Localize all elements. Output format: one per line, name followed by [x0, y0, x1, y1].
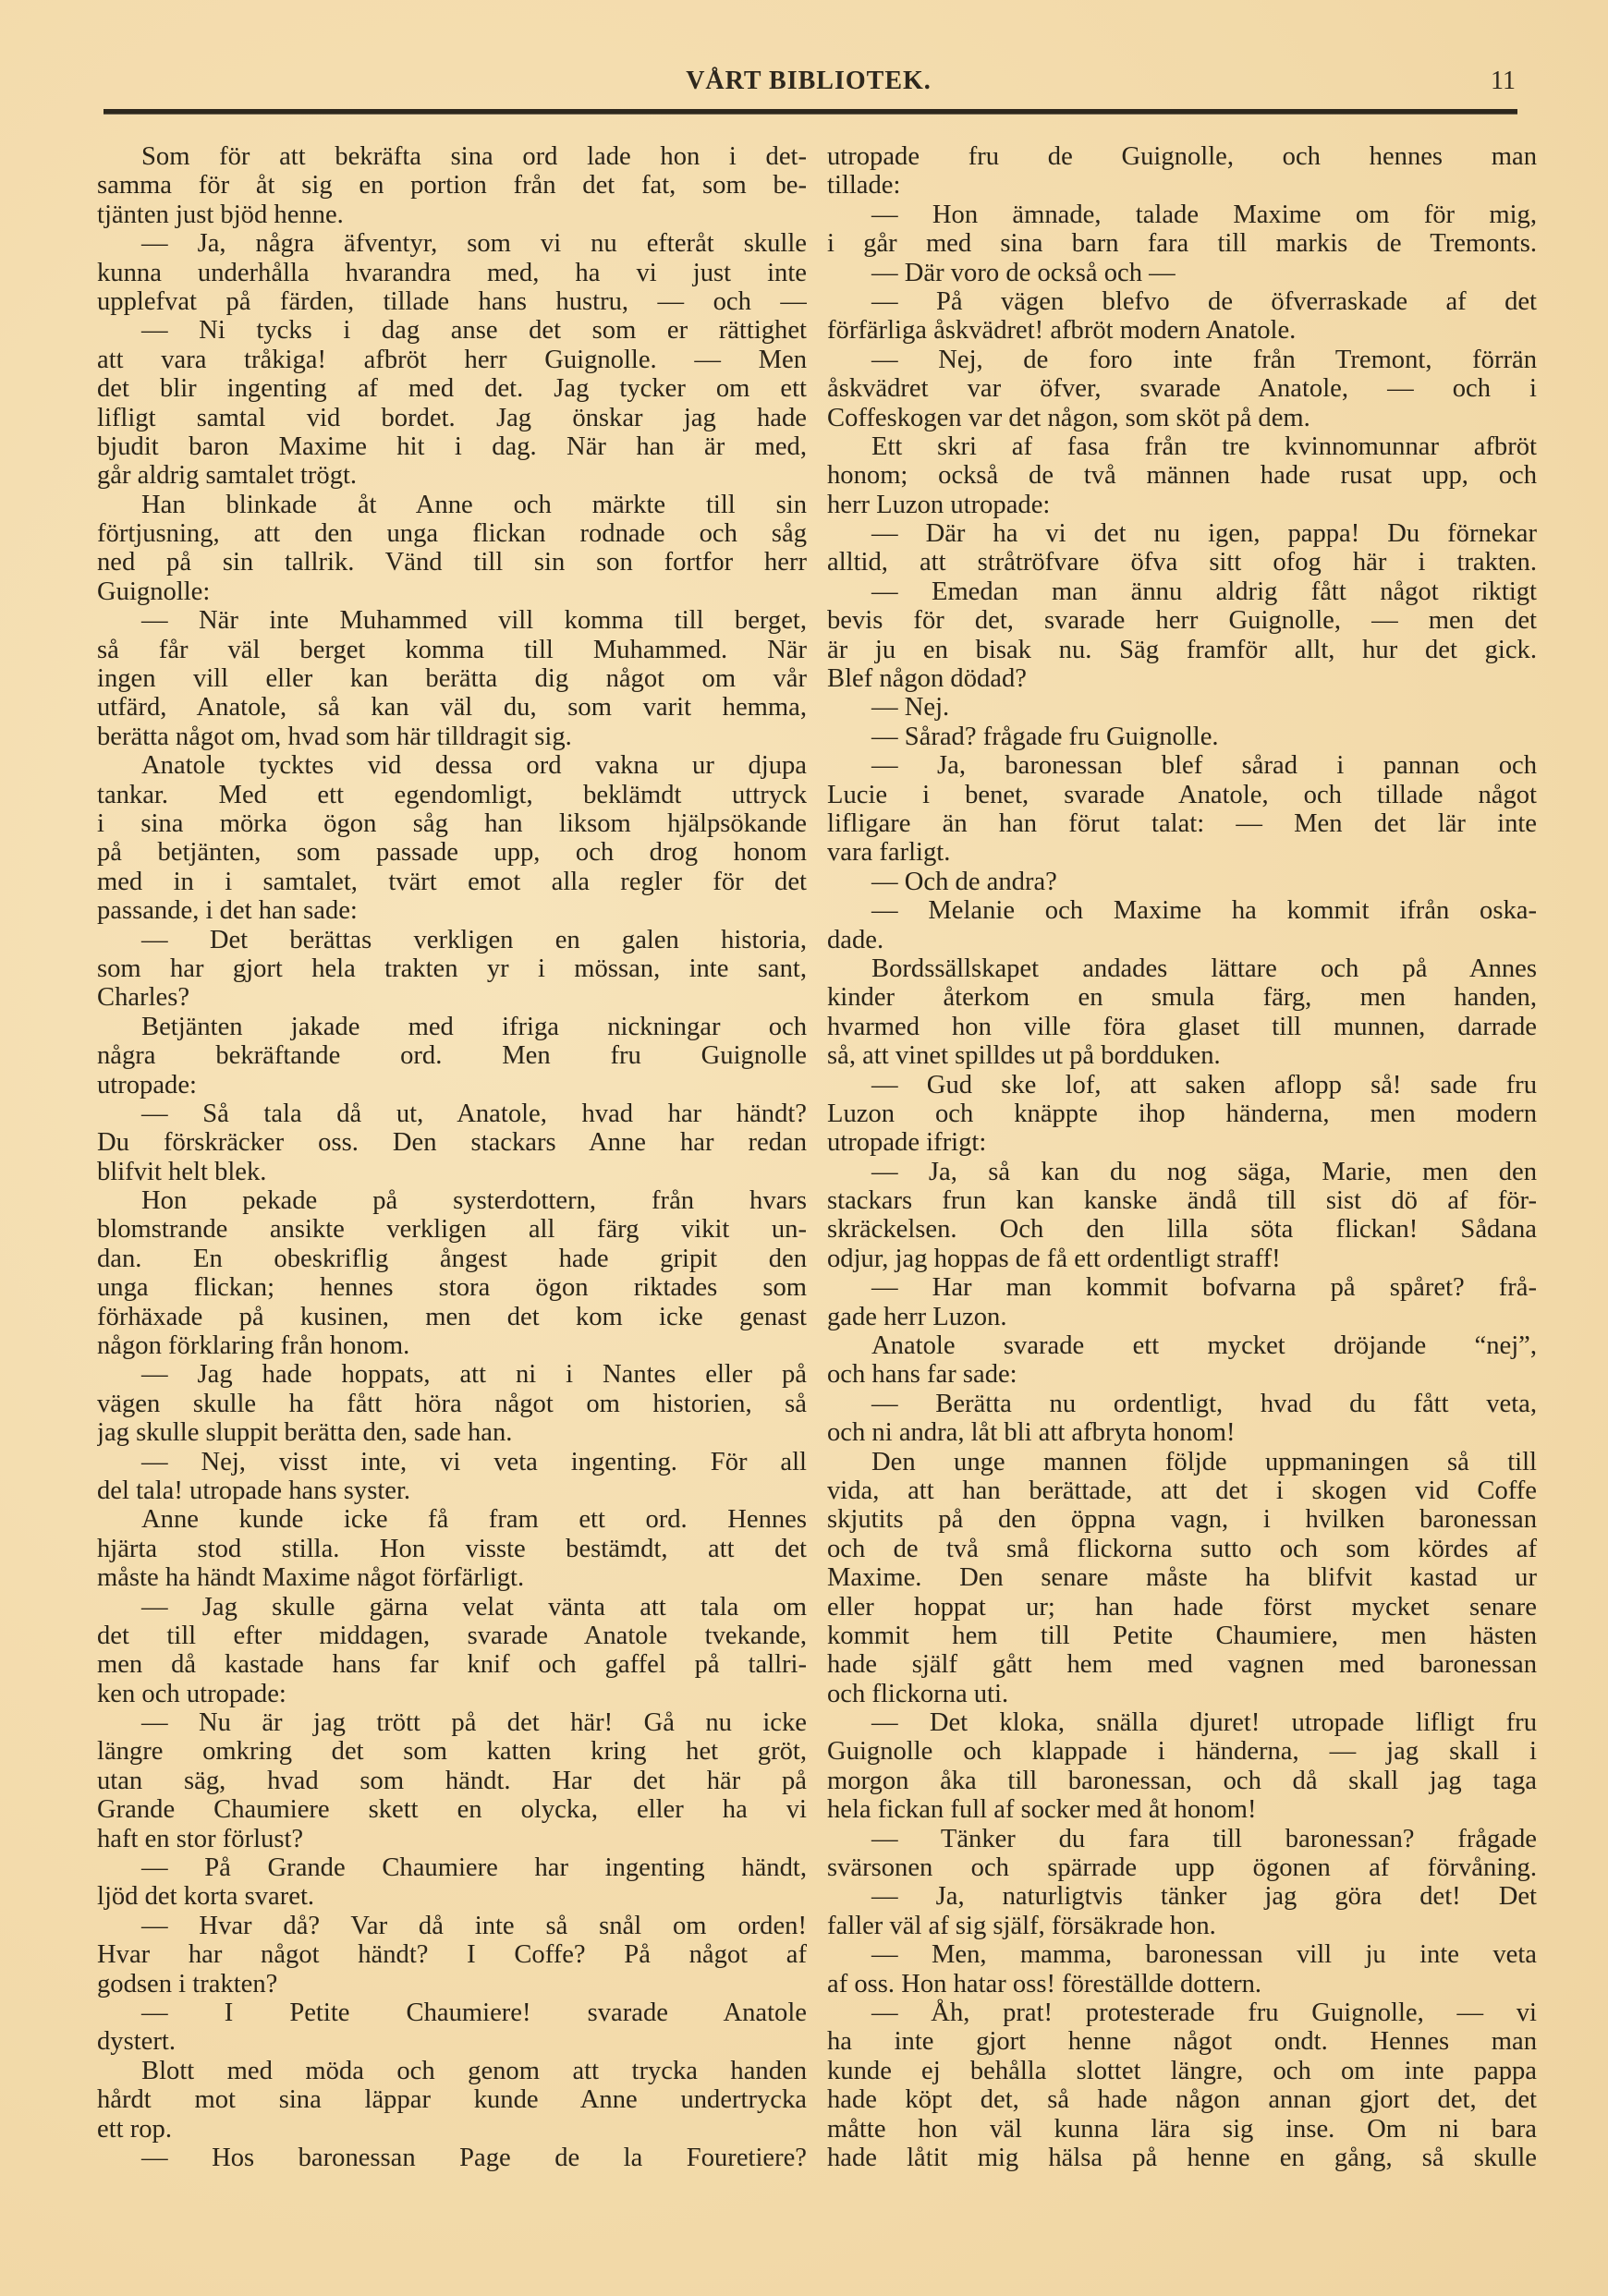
- text-line: blifvit helt blek.: [97, 1158, 807, 1186]
- text-line: Maxime. Den senare måste ha blifvit kast…: [827, 1563, 1537, 1592]
- text-line: någon förklaring från honom.: [97, 1331, 807, 1360]
- text-line: utropade fru de Guignolle, och hennes ma…: [827, 142, 1537, 171]
- page-header: VÅRT BIBLIOTEK. 11: [102, 63, 1516, 103]
- text-line: Anatole tycktes vid dessa ord vakna ur d…: [97, 751, 807, 780]
- text-line: hvarmed hon ville föra glaset till munne…: [827, 1013, 1537, 1041]
- text-line: — I Petite Chaumiere! svarade Anatole: [97, 1998, 807, 2027]
- text-line: Luzon och knäppte ihop händerna, men mod…: [827, 1099, 1537, 1128]
- text-line: eller hoppat ur; han hade först mycket s…: [827, 1593, 1537, 1622]
- text-line: gade herr Luzon.: [827, 1303, 1537, 1331]
- text-line: dan. En obeskriflig ångest hade gripit d…: [97, 1245, 807, 1273]
- text-line: skräckelsen. Och den lilla söta flickan!…: [827, 1215, 1537, 1244]
- text-line: — Ja, baronessan blef sårad i pannan och: [827, 751, 1537, 780]
- text-line: — Ja, så kan du nog säga, Marie, men den: [827, 1158, 1537, 1186]
- text-line: — Ni tycks i dag anse det som er rättigh…: [97, 316, 807, 345]
- text-line: blomstrande ansikte verkligen all färg v…: [97, 1215, 807, 1244]
- text-line: — Det berättas verkligen en galen histor…: [97, 926, 807, 954]
- text-line: åskvädret var öfver, svarade Anatole, — …: [827, 374, 1537, 403]
- text-line: på betjänten, som passade upp, och drog …: [97, 838, 807, 867]
- text-line: Du förskräcker oss. Den stackars Anne ha…: [97, 1128, 807, 1157]
- text-line: Guignolle och klappade i händerna, — jag…: [827, 1737, 1537, 1766]
- text-line: dystert.: [97, 2027, 807, 2056]
- text-line: bevis för det, svarade herr Guignolle, —…: [827, 606, 1537, 635]
- text-line: det blir ingenting af med det. Jag tycke…: [97, 374, 807, 403]
- text-line: ingen vill eller kan berätta dig något o…: [97, 664, 807, 693]
- text-line: — Nej.: [827, 693, 1537, 722]
- text-line: Charles?: [97, 983, 807, 1012]
- text-line: — Berätta nu ordentligt, hvad du fått ve…: [827, 1390, 1537, 1418]
- text-line: unga flickan; hennes stora ögon riktades…: [97, 1273, 807, 1302]
- text-line: och flickorna uti.: [827, 1680, 1537, 1708]
- text-line: — Melanie och Maxime ha kommit ifrån osk…: [827, 896, 1537, 925]
- page-number: 11: [1491, 67, 1516, 96]
- text-line: herr Luzon utropade:: [827, 491, 1537, 519]
- text-line: — Så tala då ut, Anatole, hvad har händt…: [97, 1099, 807, 1128]
- running-title: VÅRT BIBLIOTEK.: [102, 67, 1516, 96]
- text-line: — Nej, de foro inte från Tremont, förrän: [827, 346, 1537, 374]
- text-line: del tala! utropade hans syster.: [97, 1476, 807, 1505]
- text-line: dade.: [827, 926, 1537, 954]
- text-line: det till efter middagen, svarade Anatole…: [97, 1622, 807, 1650]
- text-line: hade köpt det, så hade någon annan gjort…: [827, 2085, 1537, 2114]
- text-line: — Nu är jag trött på det här! Gå nu icke: [97, 1708, 807, 1737]
- text-line: — Sårad? frågade fru Guignolle.: [827, 723, 1537, 751]
- text-line: — Hos baronessan Page de la Fouretiere?: [97, 2144, 807, 2172]
- text-line: förhäxade på kusinen, men det kom icke g…: [97, 1303, 807, 1331]
- text-line: — Där ha vi det nu igen, pappa! Du förne…: [827, 519, 1537, 548]
- text-line: så får väl berget komma till Muhammed. N…: [97, 636, 807, 664]
- text-line: Som för att bekräfta sina ord lade hon i…: [97, 142, 807, 171]
- text-line: passande, i det han sade:: [97, 896, 807, 925]
- text-line: utropade:: [97, 1071, 807, 1099]
- text-line: Grande Chaumiere skett en olycka, eller …: [97, 1795, 807, 1824]
- text-line: — Jag hade hoppats, att ni i Nantes elle…: [97, 1360, 807, 1389]
- text-line: svärsonen och spärrade upp ögonen af för…: [827, 1853, 1537, 1882]
- text-line: honom; också de två männen hade rusat up…: [827, 461, 1537, 490]
- text-line: förfärliga åskvädret! afbröt modern Anat…: [827, 316, 1537, 345]
- text-line: går aldrig samtalet trögt.: [97, 461, 807, 490]
- text-line: hjärta stod stilla. Hon visste bestämdt,…: [97, 1535, 807, 1563]
- text-line: Blott med möda och genom att trycka hand…: [97, 2057, 807, 2085]
- text-line: Coffeskogen var det någon, som sköt på d…: [827, 404, 1537, 432]
- text-line: så, att vinet spilldes ut på bordduken.: [827, 1041, 1537, 1070]
- text-line: och hans far sade:: [827, 1360, 1537, 1389]
- text-line: alltid, att stråtröfvare öfva sitt ofog …: [827, 548, 1537, 577]
- text-line: — Gud ske lof, att saken aflopp så! sade…: [827, 1071, 1537, 1099]
- text-line: Guignolle:: [97, 577, 807, 606]
- text-line: — Och de andra?: [827, 868, 1537, 896]
- text-line: Blef någon dödad?: [827, 664, 1537, 693]
- text-line: bjudit baron Maxime hit i dag. När han ä…: [97, 432, 807, 461]
- text-line: Han blinkade åt Anne och märkte till sin: [97, 491, 807, 519]
- text-line: — På vägen blefvo de öfverraskade af det: [827, 287, 1537, 316]
- text-line: med in i samtalet, tvärt emot alla regle…: [97, 868, 807, 896]
- text-line: och de två små flickorna sutto och som k…: [827, 1535, 1537, 1563]
- text-line: förtjusning, att den unga flickan rodnad…: [97, 519, 807, 548]
- text-line: lifligt samtal vid bordet. Jag önskar ja…: [97, 404, 807, 432]
- text-line: skjutits på den öppna vagn, i hvilken ba…: [827, 1505, 1537, 1534]
- text-line: vara farligt.: [827, 838, 1537, 867]
- text-line: ha inte gjort henne något ondt. Hennes m…: [827, 2027, 1537, 2056]
- text-line: — På Grande Chaumiere har ingenting händ…: [97, 1853, 807, 1882]
- text-line: — Det kloka, snälla djuret! utropade lif…: [827, 1708, 1537, 1737]
- text-line: Ett skri af fasa från tre kvinnomunnar a…: [827, 432, 1537, 461]
- text-line: berätta något om, hvad som här tilldragi…: [97, 723, 807, 751]
- text-line: utan säg, hvad som händt. Har det här på: [97, 1767, 807, 1795]
- text-line: samma för åt sig en portion från det fat…: [97, 171, 807, 200]
- text-line: tjänten just bjöd henne.: [97, 200, 807, 229]
- text-line: Betjänten jakade med ifriga nickningar o…: [97, 1013, 807, 1041]
- text-line: — Ja, naturligtvis tänker jag göra det! …: [827, 1882, 1537, 1911]
- text-line: — Ja, några äfventyr, som vi nu efteråt …: [97, 229, 807, 258]
- text-line: — Emedan man ännu aldrig fått något rikt…: [827, 577, 1537, 606]
- text-line: som har gjort hela trakten yr i mössan, …: [97, 954, 807, 983]
- text-line: utfärd, Anatole, så kan väl du, som vari…: [97, 693, 807, 722]
- text-line: — Men, mamma, baronessan vill ju inte ve…: [827, 1940, 1537, 1969]
- text-line: ett rop.: [97, 2115, 807, 2144]
- text-line: är ju en bisak nu. Säg framför allt, hur…: [827, 636, 1537, 664]
- text-line: — Nej, visst inte, vi veta ingenting. Fö…: [97, 1448, 807, 1476]
- text-line: hade låtit mig hälsa på henne en gång, s…: [827, 2144, 1537, 2172]
- text-line: odjur, jag hoppas de få ett ordentligt s…: [827, 1245, 1537, 1273]
- text-line: att vara tråkiga! afbröt herr Guignolle.…: [97, 346, 807, 374]
- text-line: några bekräftande ord. Men fru Guignolle: [97, 1041, 807, 1070]
- text-line: i går med sina barn fara till markis de …: [827, 229, 1537, 258]
- text-line: Den unge mannen följde uppmaningen så ti…: [827, 1448, 1537, 1476]
- text-line: — Har man kommit bofvarna på spåret? frå…: [827, 1273, 1537, 1302]
- text-line: — Hvar då? Var då inte så snål om orden!: [97, 1912, 807, 1940]
- text-line: vägen skulle ha fått höra något om histo…: [97, 1390, 807, 1418]
- text-line: jag skulle sluppit berätta den, sade han…: [97, 1418, 807, 1447]
- text-line: — Tänker du fara till baronessan? frågad…: [827, 1825, 1537, 1853]
- text-line: utropade ifrigt:: [827, 1128, 1537, 1157]
- text-line: kinder återkom en smula färg, men handen…: [827, 983, 1537, 1012]
- text-line: i sina mörka ögon såg han liksom hjälpsö…: [97, 809, 807, 838]
- text-line: måtte hon väl kunna lära sig inse. Om ni…: [827, 2115, 1537, 2144]
- text-line: vida, att han berättade, att det i skoge…: [827, 1476, 1537, 1505]
- text-line: af oss. Hon hatar oss! föreställde dotte…: [827, 1970, 1537, 1998]
- text-line: längre omkring det som katten kring het …: [97, 1737, 807, 1766]
- text-line: Bordssällskapet andades lättare och på A…: [827, 954, 1537, 983]
- text-line: — Hon ämnade, talade Maxime om för mig,: [827, 200, 1537, 229]
- text-line: lifligare än han förut talat: — Men det …: [827, 809, 1537, 838]
- text-line: — Där voro de också och —: [827, 259, 1537, 287]
- text-column-right: utropade fru de Guignolle, och hennes ma…: [827, 142, 1537, 2172]
- text-line: hårdt mot sina läppar kunde Anne undertr…: [97, 2085, 807, 2114]
- text-line: stackars frun kan kanske ändå till sist …: [827, 1186, 1537, 1215]
- text-line: Lucie i benet, svarade Anatole, och till…: [827, 781, 1537, 809]
- text-line: Anatole svarade ett mycket dröjande “nej…: [827, 1331, 1537, 1360]
- text-line: Hvar har något händt? I Coffe? På något …: [97, 1940, 807, 1969]
- text-line: faller väl af sig själf, försäkrade hon.: [827, 1912, 1537, 1940]
- text-line: ken och utropade:: [97, 1680, 807, 1708]
- text-line: ljöd det korta svaret.: [97, 1882, 807, 1911]
- text-line: Anne kunde icke få fram ett ord. Hennes: [97, 1505, 807, 1534]
- text-line: — Jag skulle gärna velat vänta att tala …: [97, 1593, 807, 1622]
- text-line: kunde ej behålla slottet längre, och om …: [827, 2057, 1537, 2085]
- text-line: Hon pekade på systerdottern, från hvars: [97, 1186, 807, 1215]
- text-line: ned på sin tallrik. Vänd till sin son fo…: [97, 548, 807, 577]
- text-line: hela fickan full af socker med åt honom!: [827, 1795, 1537, 1824]
- text-line: godsen i trakten?: [97, 1970, 807, 1998]
- text-column-left: Som för att bekräfta sina ord lade hon i…: [97, 142, 807, 2172]
- text-line: upplefvat på färden, tillade hans hustru…: [97, 287, 807, 316]
- text-line: och ni andra, låt bli att afbryta honom!: [827, 1418, 1537, 1447]
- text-line: hade själf gått hem med vagnen med baron…: [827, 1650, 1537, 1679]
- header-rule: [104, 109, 1517, 115]
- text-line: — Åh, prat! protesterade fru Guignolle, …: [827, 1998, 1537, 2027]
- text-line: måste ha händt Maxime något förfärligt.: [97, 1563, 807, 1592]
- text-line: kommit hem till Petite Chaumiere, men hä…: [827, 1622, 1537, 1650]
- text-line: haft en stor förlust?: [97, 1825, 807, 1853]
- text-line: tankar. Med ett egendomligt, beklämdt ut…: [97, 781, 807, 809]
- text-line: kunna underhålla hvarandra med, ha vi ju…: [97, 259, 807, 287]
- text-line: morgon åka till baronessan, och då skall…: [827, 1767, 1537, 1795]
- text-line: tillade:: [827, 171, 1537, 200]
- text-line: men då kastade hans far knif och gaffel …: [97, 1650, 807, 1679]
- text-line: — När inte Muhammed vill komma till berg…: [97, 606, 807, 635]
